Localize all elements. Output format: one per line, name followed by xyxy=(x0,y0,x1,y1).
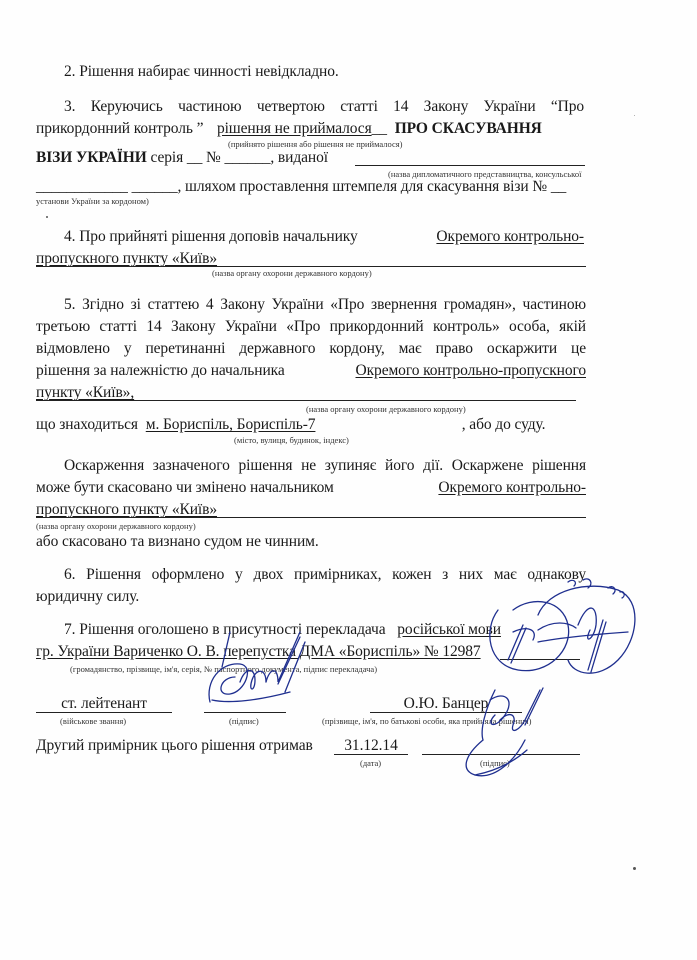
item-4-caption: (назва органу охорони державного кордону… xyxy=(212,268,372,278)
scan-speck xyxy=(46,216,48,218)
item-5-prefix: рішення за належністю до начальника xyxy=(36,362,285,379)
visa-heading: ВІЗИ УКРАЇНИ xyxy=(36,149,147,166)
item-4-fill-1: Окремого контрольно- xyxy=(436,228,584,246)
appeal-caption: (назва органу охорони державного кордону… xyxy=(36,521,196,531)
item-5-line-2: третьою статті 14 Закону України «Про пр… xyxy=(36,318,586,336)
officer-name-fill: О.Ю. Банцер xyxy=(370,695,522,713)
location-prefix: що знаходиться xyxy=(36,416,138,433)
item-5-fill-1: Окремого контрольно-пропускного xyxy=(356,362,586,380)
rank-fill: ст. лейтенант xyxy=(36,695,172,713)
item-4-prefix: 4. Про прийняті рішення доповів начальни… xyxy=(64,228,358,245)
receipt-date-fill: 31.12.14 xyxy=(334,737,408,755)
appeal-line-4: або скасовано та визнано судом не чинним… xyxy=(36,533,319,551)
issuer-caption-2: установи України за кордоном) xyxy=(36,196,149,206)
item-6-line-1: 6. Рішення оформлено у двох примірниках,… xyxy=(64,566,586,584)
item-5-location-line: що знаходиться м. Бориспіль, Бориспіль-7… xyxy=(36,416,545,434)
officer-name-underline xyxy=(370,712,522,713)
rank-underline xyxy=(36,712,172,713)
item-2-text: 2. Рішення набирає чинності невідкладно. xyxy=(64,63,339,81)
item-5-underline xyxy=(36,400,576,401)
translator-signature-icon xyxy=(478,570,648,685)
decision-caption: (прийнято рішення або рішення не приймал… xyxy=(228,139,403,149)
item-4-underline xyxy=(36,266,586,267)
cancellation-heading: ПРО СКАСУВАННЯ xyxy=(395,120,542,137)
location-caption: (місто, вулиця, будинок, індекс) xyxy=(234,435,349,445)
officer-name-caption: (прізвище, ім'я, по батькові особи, яка … xyxy=(322,716,531,726)
appeal-fill-1: Окремого контрольно- xyxy=(438,479,586,497)
appeal-underline xyxy=(36,517,586,518)
item-4-line-1: 4. Про прийняті рішення доповів начальни… xyxy=(64,228,584,246)
translator-details-fill: гр. України Вариченко О. В. перепустка Д… xyxy=(36,643,481,661)
officer-sign-underline xyxy=(204,712,286,713)
receipt-date-caption: (дата) xyxy=(360,758,381,768)
item-5-caption: (назва органу охорони державного кордону… xyxy=(306,404,466,414)
item-3-line-3: ВІЗИ УКРАЇНИ серія __ № ______, виданої xyxy=(36,149,328,167)
item-7-line-1: 7. Рішення оголошено в присутності перек… xyxy=(64,621,501,639)
scan-speck xyxy=(634,115,635,116)
officer-sign-caption: (підпис) xyxy=(229,716,259,726)
document-page: 2. Рішення набирає чинності невідкладно.… xyxy=(0,0,697,960)
item-3-line-2: прикордонний контроль ” рішення не прийм… xyxy=(36,120,542,138)
receipt-date-underline xyxy=(334,754,408,755)
translator-language-fill: російської мови xyxy=(397,621,501,638)
item-6-line-2: юридичну силу. xyxy=(36,588,139,606)
issuer-underline xyxy=(355,165,585,166)
decision-fill: рішення не приймалося xyxy=(217,120,372,137)
receipt-sign-underline xyxy=(422,754,580,755)
translator-caption: (громадянство, прізвище, ім'я, серія, № … xyxy=(70,664,377,674)
location-suffix: , або до суду. xyxy=(462,416,546,433)
item-3-line-1: 3. Керуючись частиною четвертою статті 1… xyxy=(64,98,584,116)
visa-series: серія __ № ______, виданої xyxy=(151,149,328,166)
rank-caption: (військове звання) xyxy=(60,716,126,726)
item-3-line-4: ____________ ______, шляхом проставлення… xyxy=(36,178,566,196)
item-5-line-3: відмовлено у перетинанні державного корд… xyxy=(36,340,586,358)
receipt-sign-caption: (підпис) xyxy=(480,758,510,768)
appeal-line-2: може бути скасовано чи змінено начальник… xyxy=(36,479,586,497)
item-3-line-2-prefix: прикордонний контроль ” xyxy=(36,120,203,137)
translator-underline xyxy=(500,659,580,660)
scan-speck xyxy=(633,867,636,870)
item-7-prefix: 7. Рішення оголошено в присутності перек… xyxy=(64,621,386,638)
item-5-line-4: рішення за належністю до начальника Окре… xyxy=(36,362,586,380)
appeal-prefix: може бути скасовано чи змінено начальник… xyxy=(36,479,334,496)
item-5-line-1: 5. Згідно зі статтею 4 Закону України «П… xyxy=(64,296,586,314)
location-fill: м. Бориспіль, Бориспіль-7 xyxy=(146,416,462,434)
appeal-line-1: Оскарження зазначеного рішення не зупиня… xyxy=(64,457,586,475)
receipt-label: Другий примірник цього рішення отримав xyxy=(36,737,313,755)
